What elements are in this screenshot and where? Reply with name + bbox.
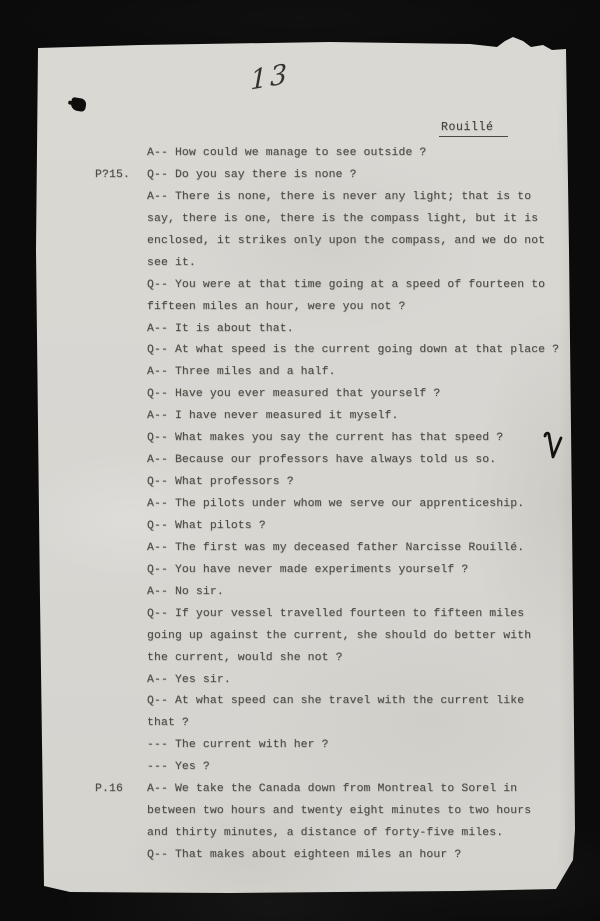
line-text: Q-- That makes about eighteen miles an h… — [147, 849, 461, 861]
line-text: Q-- At what speed can she travel with th… — [147, 695, 524, 707]
line-text: A-- The pilots under whom we serve our a… — [147, 498, 524, 510]
transcript-line: Q-- At what speed can she travel with th… — [0, 691, 600, 713]
transcript-line: A-- There is none, there is never any li… — [0, 187, 600, 209]
transcript-line: A-- How could we manage to see outside ? — [0, 143, 600, 165]
transcript-line: P.16A-- We take the Canada down from Mon… — [0, 779, 600, 801]
line-text: A-- We take the Canada down from Montrea… — [147, 783, 517, 795]
line-text: Q-- Do you say there is none ? — [147, 169, 357, 181]
transcript-line: the current, would she not ? — [0, 648, 600, 670]
transcript-line: A-- The first was my deceased father Nar… — [0, 538, 600, 560]
transcript-line: --- The current with her ? — [0, 735, 600, 757]
line-text: A-- It is about that. — [147, 323, 294, 335]
line-text: A-- No sir. — [147, 586, 224, 598]
transcript-line: going up against the current, she should… — [0, 626, 600, 648]
transcript-line: P?15.Q-- Do you say there is none ? — [0, 165, 600, 187]
margin-page-reference: P?15. — [95, 165, 130, 187]
line-text: fifteen miles an hour, were you not ? — [147, 301, 405, 313]
transcript-line: that ? — [0, 713, 600, 735]
line-text: Q-- What professors ? — [147, 476, 294, 488]
line-text: A-- The first was my deceased father Nar… — [147, 542, 524, 554]
transcript-line: A-- Yes sir. — [0, 670, 600, 692]
transcript-line: A-- Three miles and a half. — [0, 362, 600, 384]
line-text: A-- Yes sir. — [147, 674, 231, 686]
line-text: the current, would she not ? — [147, 652, 343, 664]
transcript-line: A-- No sir. — [0, 582, 600, 604]
line-text: Q-- Have you ever measured that yourself… — [147, 388, 440, 400]
line-text: Q-- If your vessel travelled fourteen to… — [147, 608, 524, 620]
transcript-line: Q-- At what speed is the current going d… — [0, 340, 600, 362]
line-text: Q-- You were at that time going at a spe… — [147, 279, 545, 291]
line-text: see it. — [147, 257, 196, 269]
transcript-line: Q-- You were at that time going at a spe… — [0, 275, 600, 297]
transcript-line: Q-- If your vessel travelled fourteen to… — [0, 604, 600, 626]
transcript-line: and thirty minutes, a distance of forty-… — [0, 823, 600, 845]
line-text: and thirty minutes, a distance of forty-… — [147, 827, 503, 839]
line-text: Q-- You have never made experiments your… — [147, 564, 468, 576]
witness-name-header: Rouillé — [439, 121, 508, 137]
transcript-line: A-- The pilots under whom we serve our a… — [0, 494, 600, 516]
line-text: A-- How could we manage to see outside ? — [147, 147, 426, 159]
line-text: --- The current with her ? — [147, 739, 329, 751]
transcript-line: between two hours and twenty eight minut… — [0, 801, 600, 823]
transcript-line: A-- It is about that. — [0, 319, 600, 341]
scanned-document-page: 13 Rouillé A-- How could we manage to se… — [0, 0, 600, 921]
line-text: A-- Because our professors have always t… — [147, 454, 496, 466]
transcript-line: Q-- What makes you say the current has t… — [0, 428, 600, 450]
line-text: Q-- What makes you say the current has t… — [147, 432, 503, 444]
transcript-line: enclosed, it strikes only upon the compa… — [0, 231, 600, 253]
transcript-line: Q-- What pilots ? — [0, 516, 600, 538]
check-mark-icon — [543, 431, 567, 463]
line-text: between two hours and twenty eight minut… — [147, 805, 531, 817]
line-text: say, there is one, there is the compass … — [147, 213, 538, 225]
transcript-line: --- Yes ? — [0, 757, 600, 779]
line-text: enclosed, it strikes only upon the compa… — [147, 235, 545, 247]
line-text: Q-- What pilots ? — [147, 520, 266, 532]
transcript-lines: A-- How could we manage to see outside ?… — [0, 143, 600, 867]
transcript-line: Q-- That makes about eighteen miles an h… — [0, 845, 600, 867]
margin-page-reference: P.16 — [95, 779, 123, 801]
line-text: going up against the current, she should… — [147, 630, 531, 642]
transcript-line: Q-- What professors ? — [0, 472, 600, 494]
transcript-line: Q-- Have you ever measured that yourself… — [0, 384, 600, 406]
line-text: that ? — [147, 717, 189, 729]
line-text: --- Yes ? — [147, 761, 210, 773]
line-text: A-- Three miles and a half. — [147, 366, 336, 378]
transcript-line: Q-- You have never made experiments your… — [0, 560, 600, 582]
transcript-line: fifteen miles an hour, were you not ? — [0, 297, 600, 319]
transcript-line: see it. — [0, 253, 600, 275]
line-text: Q-- At what speed is the current going d… — [147, 344, 559, 356]
transcript-line: say, there is one, there is the compass … — [0, 209, 600, 231]
line-text: A-- There is none, there is never any li… — [147, 191, 531, 203]
transcript-line: A-- I have never measured it myself. — [0, 406, 600, 428]
line-text: A-- I have never measured it myself. — [147, 410, 398, 422]
transcript-line: A-- Because our professors have always t… — [0, 450, 600, 472]
